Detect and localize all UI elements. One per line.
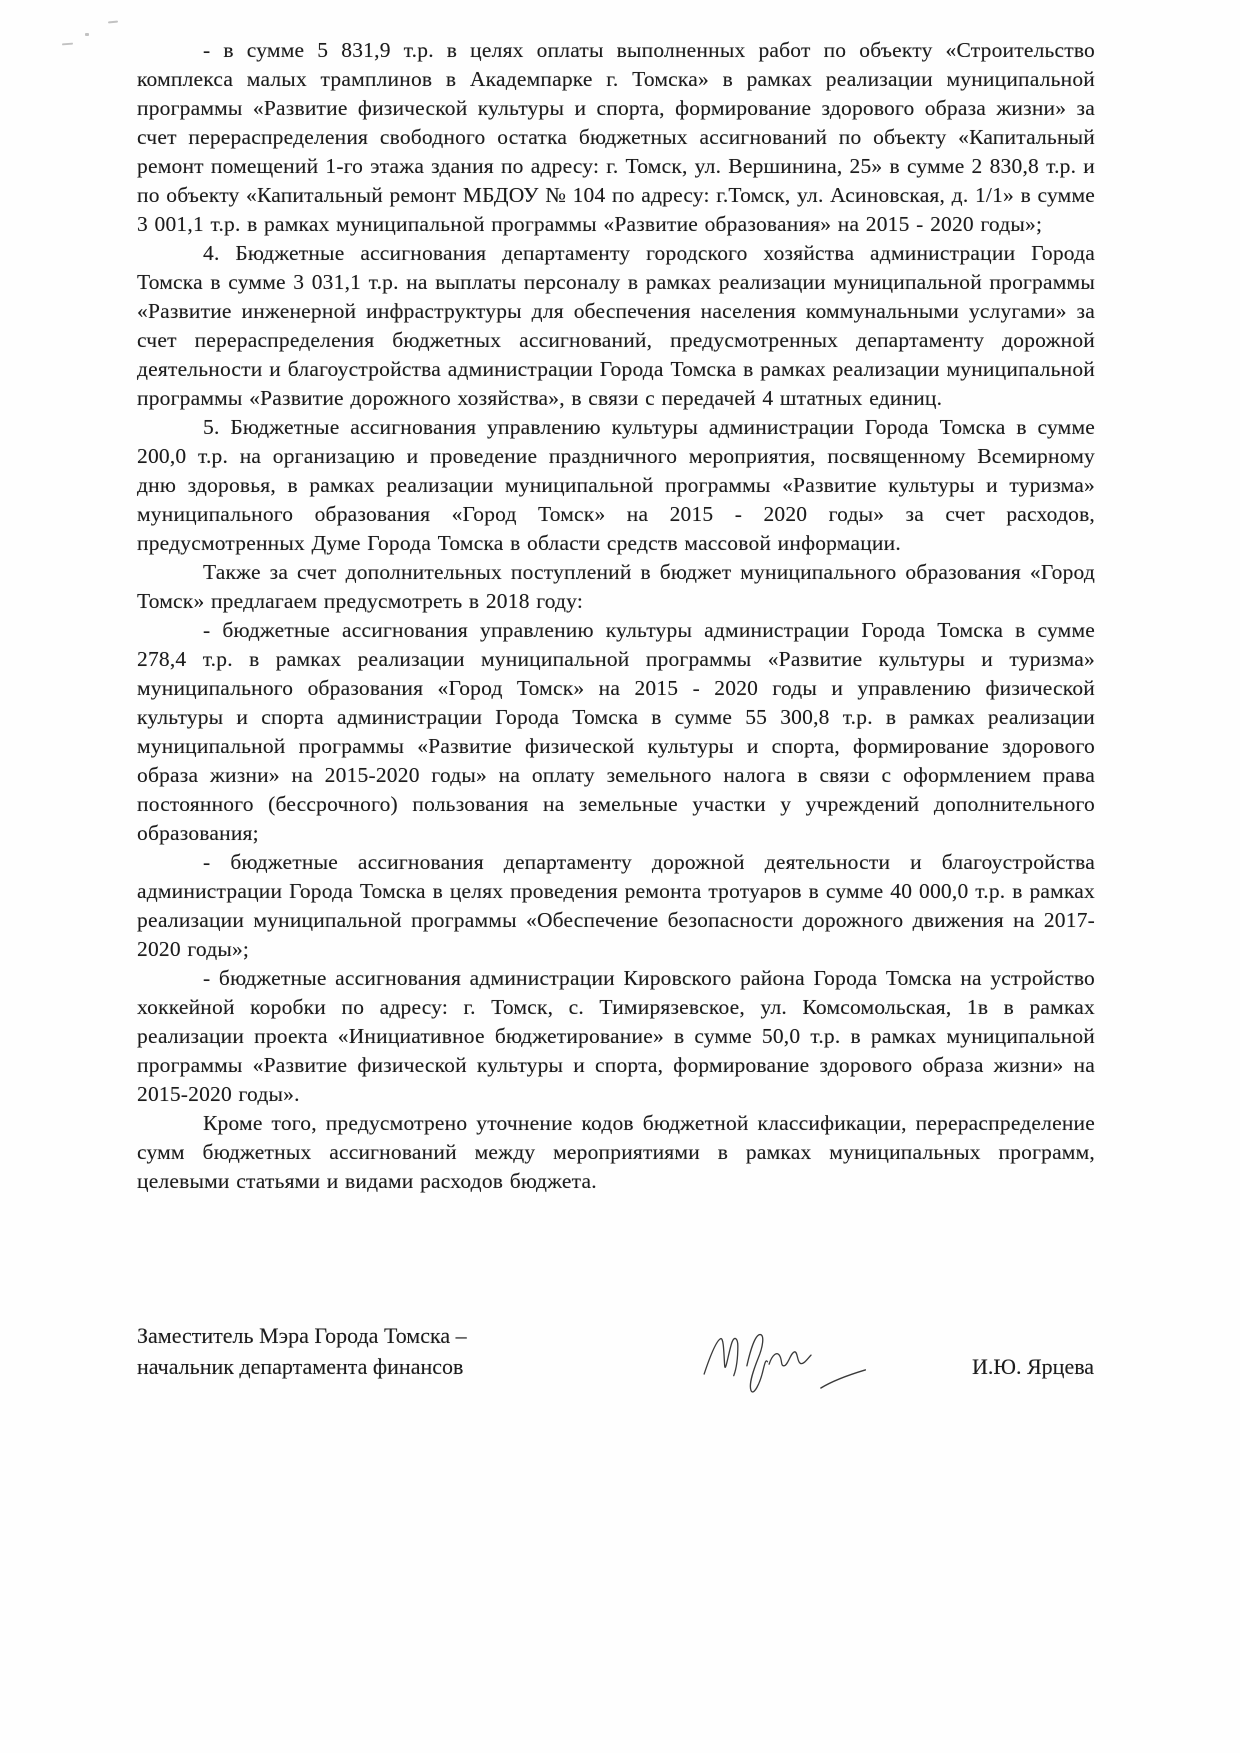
paragraph-item-5-culture-200: 5. Бюджетные ассигнования управлению кул… [137,413,1095,558]
paragraph-item-4-city-economy: 4. Бюджетные ассигнования департаменту г… [137,239,1095,413]
paragraph-culture-278-land-tax: - бюджетные ассигнования управлению куль… [137,616,1095,848]
signatory-position-line1: Заместитель Мэра Города Томска – [137,1320,467,1351]
scan-speck [108,20,118,23]
letter-body: - в сумме 5 831,9 т.р. в целях оплаты вы… [137,36,1095,1196]
scan-speck [85,33,89,36]
handwritten-signature-icon [688,1328,888,1402]
signatory-position-line2: начальник департамента финансов [137,1351,467,1382]
paragraph-budget-codes-clarification: Кроме того, предусмотрено уточнение кодо… [137,1109,1095,1196]
paragraph-additional-revenues-2018: Также за счет дополнительных поступлений… [137,558,1095,616]
paragraph-road-sidewalks-40000: - бюджетные ассигнования департаменту до… [137,848,1095,964]
signatory-position: Заместитель Мэра Города Томска – начальн… [137,1320,467,1382]
scanned-letter-page: - в сумме 5 831,9 т.р. в целях оплаты вы… [0,0,1240,1753]
paragraph-kirovsky-hockey-rink-50: - бюджетные ассигнования администрации К… [137,964,1095,1109]
scan-speck [62,43,73,46]
paragraph-sports-complex-5831: - в сумме 5 831,9 т.р. в целях оплаты вы… [137,36,1095,239]
signatory-name: И.Ю. Ярцева [972,1354,1094,1380]
